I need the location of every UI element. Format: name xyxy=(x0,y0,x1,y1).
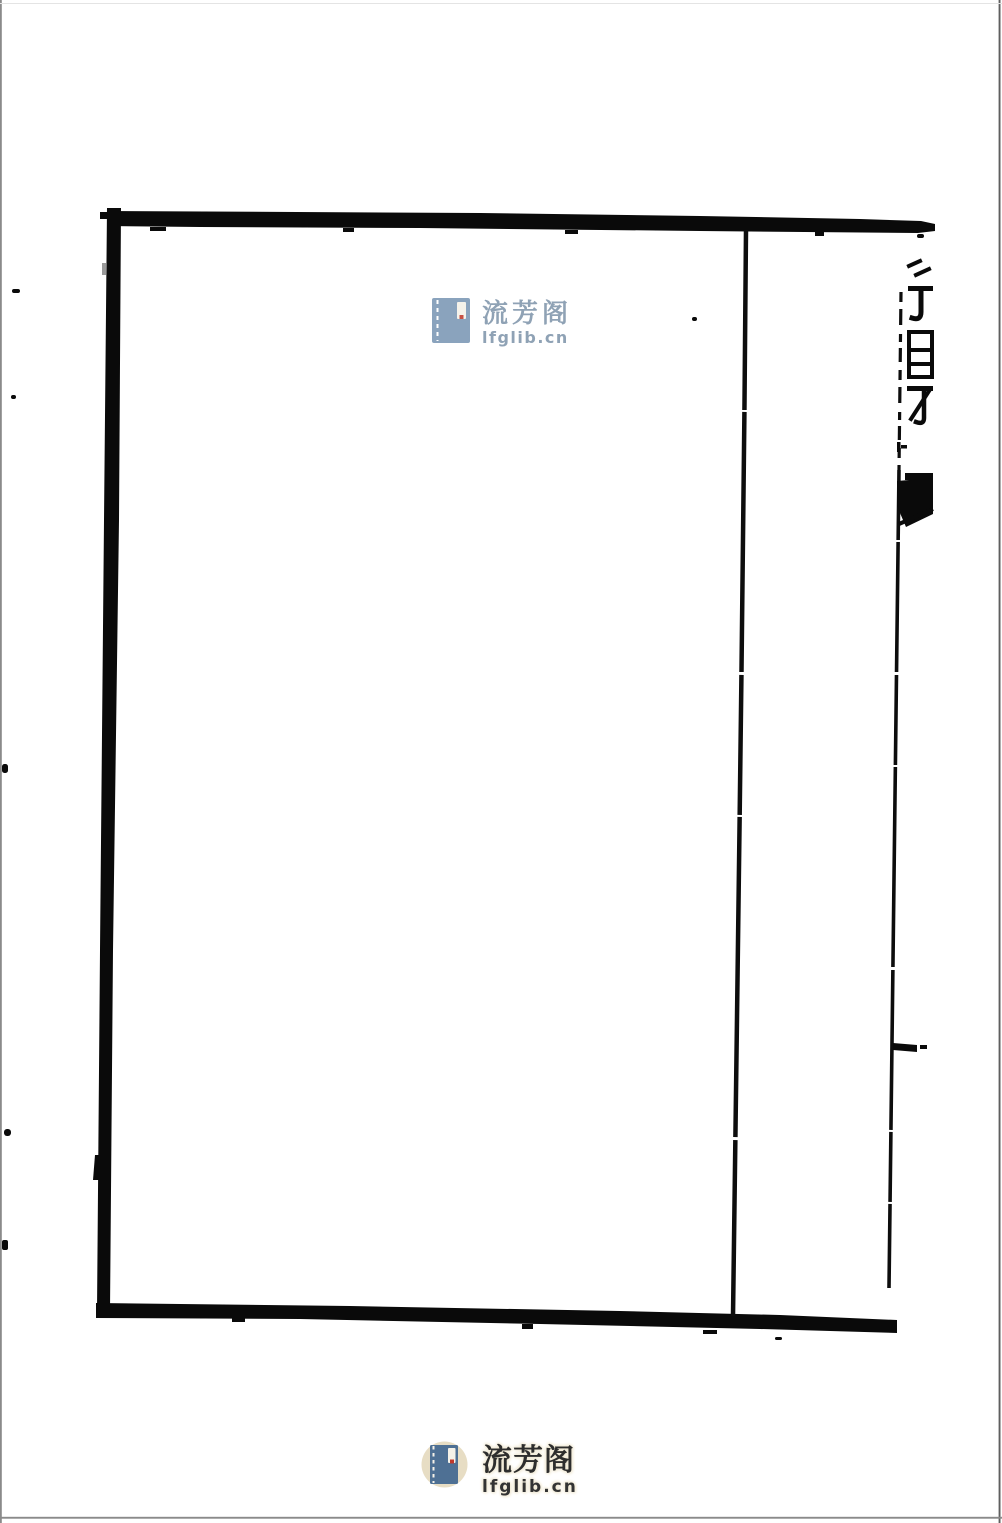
adjacent-page-partial-glyphs xyxy=(897,261,933,452)
inner-column-rule xyxy=(733,230,746,1316)
watermark-top: 流芳阁 lfglib.cn xyxy=(431,297,572,347)
watermark-site-domain: lfglib.cn xyxy=(482,1478,578,1497)
ink-specks xyxy=(2,234,924,1340)
watermark-bottom: 流芳阁 lfglib.cn xyxy=(421,1441,578,1497)
page-frame-left-border xyxy=(93,208,121,1311)
watermark-site-domain: lfglib.cn xyxy=(482,328,572,347)
ink-blotch xyxy=(897,473,933,527)
scanned-page-canvas xyxy=(0,0,1002,1523)
book-icon xyxy=(431,297,471,344)
page-frame-bottom-border xyxy=(96,1303,897,1334)
right-rule-tick xyxy=(893,1043,927,1052)
right-broken-rule xyxy=(889,292,901,1288)
book-badge-icon xyxy=(421,1441,468,1488)
watermark-site-name: 流芳阁 xyxy=(482,1443,578,1478)
page-frame-top-border xyxy=(100,211,935,236)
watermark-site-name: 流芳阁 xyxy=(482,298,572,328)
